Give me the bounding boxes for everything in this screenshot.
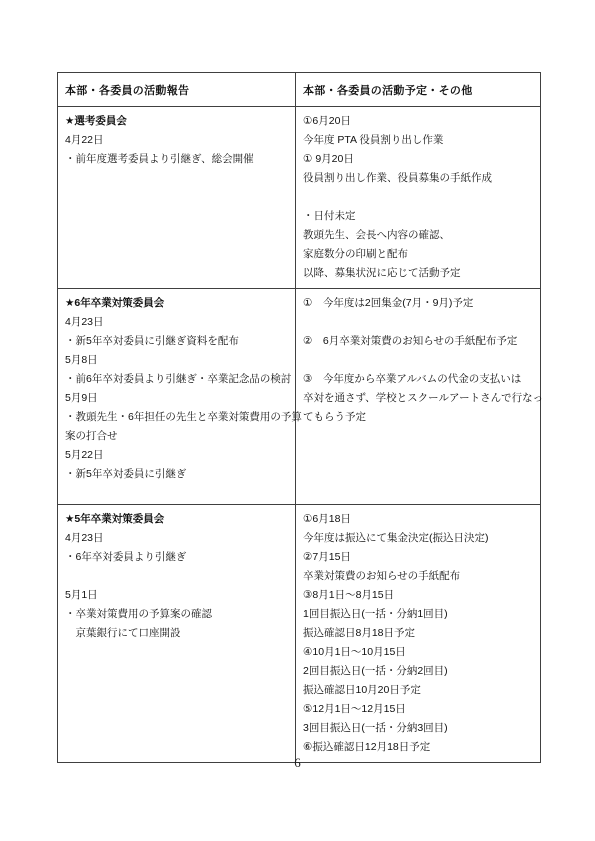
text-line: ② 6月卒業対策費のお知らせの手紙配布予定	[303, 332, 533, 351]
text-line: 1回目振込日(一括・分納1回目)	[303, 605, 533, 624]
document-page: 本部・各委員の活動報告 本部・各委員の活動予定・その他 ★選考委員会4月22日・…	[0, 0, 595, 841]
text-line: ① 今年度は2回集金(7月・9月)予定	[303, 294, 533, 313]
activity-table: 本部・各委員の活動報告 本部・各委員の活動予定・その他 ★選考委員会4月22日・…	[57, 72, 541, 763]
text-line: ①6月18日	[303, 510, 533, 529]
text-line: 卒業対策費のお知らせの手紙配布	[303, 567, 533, 586]
text-line: ・新5年卒対委員に引継ぎ資料を配布	[65, 332, 288, 351]
text-line: 今年度は振込にて集金決定(振込日決定)	[303, 529, 533, 548]
text-line: ③ 今年度から卒業アルバムの代金の支払いは	[303, 370, 533, 389]
text-line: 2回目振込日(一括・分納2回目)	[303, 662, 533, 681]
report-cell: ★5年卒業対策委員会4月23日・6年卒対委員より引継ぎ 5月1日・卒業対策費用の…	[58, 505, 296, 763]
text-line: 役員割り出し作業、役員募集の手紙作成	[303, 169, 533, 188]
text-line	[303, 351, 533, 370]
text-line: 3回目振込日(一括・分納3回目)	[303, 719, 533, 738]
text-line: 5月9日	[65, 389, 288, 408]
text-line: ・教頭先生・6年担任の先生と卒業対策費用の予算	[65, 408, 288, 427]
text-line: ・新5年卒対委員に引継ぎ	[65, 465, 288, 484]
text-line: 卒対を通さず、学校とスクールアートさんで行なっ	[303, 389, 533, 408]
text-line: 以降、募集状況に応じて活動予定	[303, 264, 533, 283]
text-line: ・日付未定	[303, 207, 533, 226]
table-header-row: 本部・各委員の活動報告 本部・各委員の活動予定・その他	[58, 73, 541, 107]
text-line: ・前年度選考委員より引継ぎ、総会開催	[65, 150, 288, 169]
text-line	[303, 313, 533, 332]
text-line: 4月23日	[65, 313, 288, 332]
header-activity-report: 本部・各委員の活動報告	[58, 73, 296, 107]
text-line: 4月22日	[65, 131, 288, 150]
text-line	[65, 567, 288, 586]
plan-cell: ①6月18日今年度は振込にて集金決定(振込日決定)②7月15日卒業対策費のお知ら…	[296, 505, 541, 763]
text-line: 家庭数分の印刷と配布	[303, 245, 533, 264]
report-cell: ★選考委員会4月22日・前年度選考委員より引継ぎ、総会開催	[58, 107, 296, 289]
text-line: 京葉銀行にて口座開設	[65, 624, 288, 643]
committee-title: ★5年卒業対策委員会	[65, 510, 288, 529]
text-line: 教頭先生、会長へ内容の確認、	[303, 226, 533, 245]
text-line: ④10月1日～10月15日	[303, 643, 533, 662]
text-line: ②7月15日	[303, 548, 533, 567]
text-line: 振込確認日10月20日予定	[303, 681, 533, 700]
text-line: てもらう予定	[303, 408, 533, 427]
text-line: 5月22日	[65, 446, 288, 465]
text-line: ①6月20日	[303, 112, 533, 131]
table-body: ★選考委員会4月22日・前年度選考委員より引継ぎ、総会開催①6月20日今年度 P…	[58, 107, 541, 763]
text-line: 5月8日	[65, 351, 288, 370]
plan-cell: ①6月20日今年度 PTA 役員割り出し作業① 9月20日役員割り出し作業、役員…	[296, 107, 541, 289]
committee-title: ★6年卒業対策委員会	[65, 294, 288, 313]
text-line: ・卒業対策費用の予算案の確認	[65, 605, 288, 624]
page-number: 6	[0, 755, 595, 771]
header-activity-plan: 本部・各委員の活動予定・その他	[296, 73, 541, 107]
plan-cell: ① 今年度は2回集金(7月・9月)予定 ② 6月卒業対策費のお知らせの手紙配布予…	[296, 289, 541, 505]
table-row: ★5年卒業対策委員会4月23日・6年卒対委員より引継ぎ 5月1日・卒業対策費用の…	[58, 505, 541, 763]
table-row: ★6年卒業対策委員会4月23日・新5年卒対委員に引継ぎ資料を配布5月8日・前6年…	[58, 289, 541, 505]
text-line: 案の打合せ	[65, 427, 288, 446]
report-cell: ★6年卒業対策委員会4月23日・新5年卒対委員に引継ぎ資料を配布5月8日・前6年…	[58, 289, 296, 505]
text-line	[303, 188, 533, 207]
text-line: 5月1日	[65, 586, 288, 605]
text-line: ⑤12月1日～12月15日	[303, 700, 533, 719]
text-line: 今年度 PTA 役員割り出し作業	[303, 131, 533, 150]
committee-title: ★選考委員会	[65, 112, 288, 131]
text-line: ・6年卒対委員より引継ぎ	[65, 548, 288, 567]
text-line: 振込確認日8月18日予定	[303, 624, 533, 643]
text-line: ① 9月20日	[303, 150, 533, 169]
text-line: ・前6年卒対委員より引継ぎ・卒業記念品の検討	[65, 370, 288, 389]
text-line: 4月23日	[65, 529, 288, 548]
table-row: ★選考委員会4月22日・前年度選考委員より引継ぎ、総会開催①6月20日今年度 P…	[58, 107, 541, 289]
text-line: ③8月1日～8月15日	[303, 586, 533, 605]
